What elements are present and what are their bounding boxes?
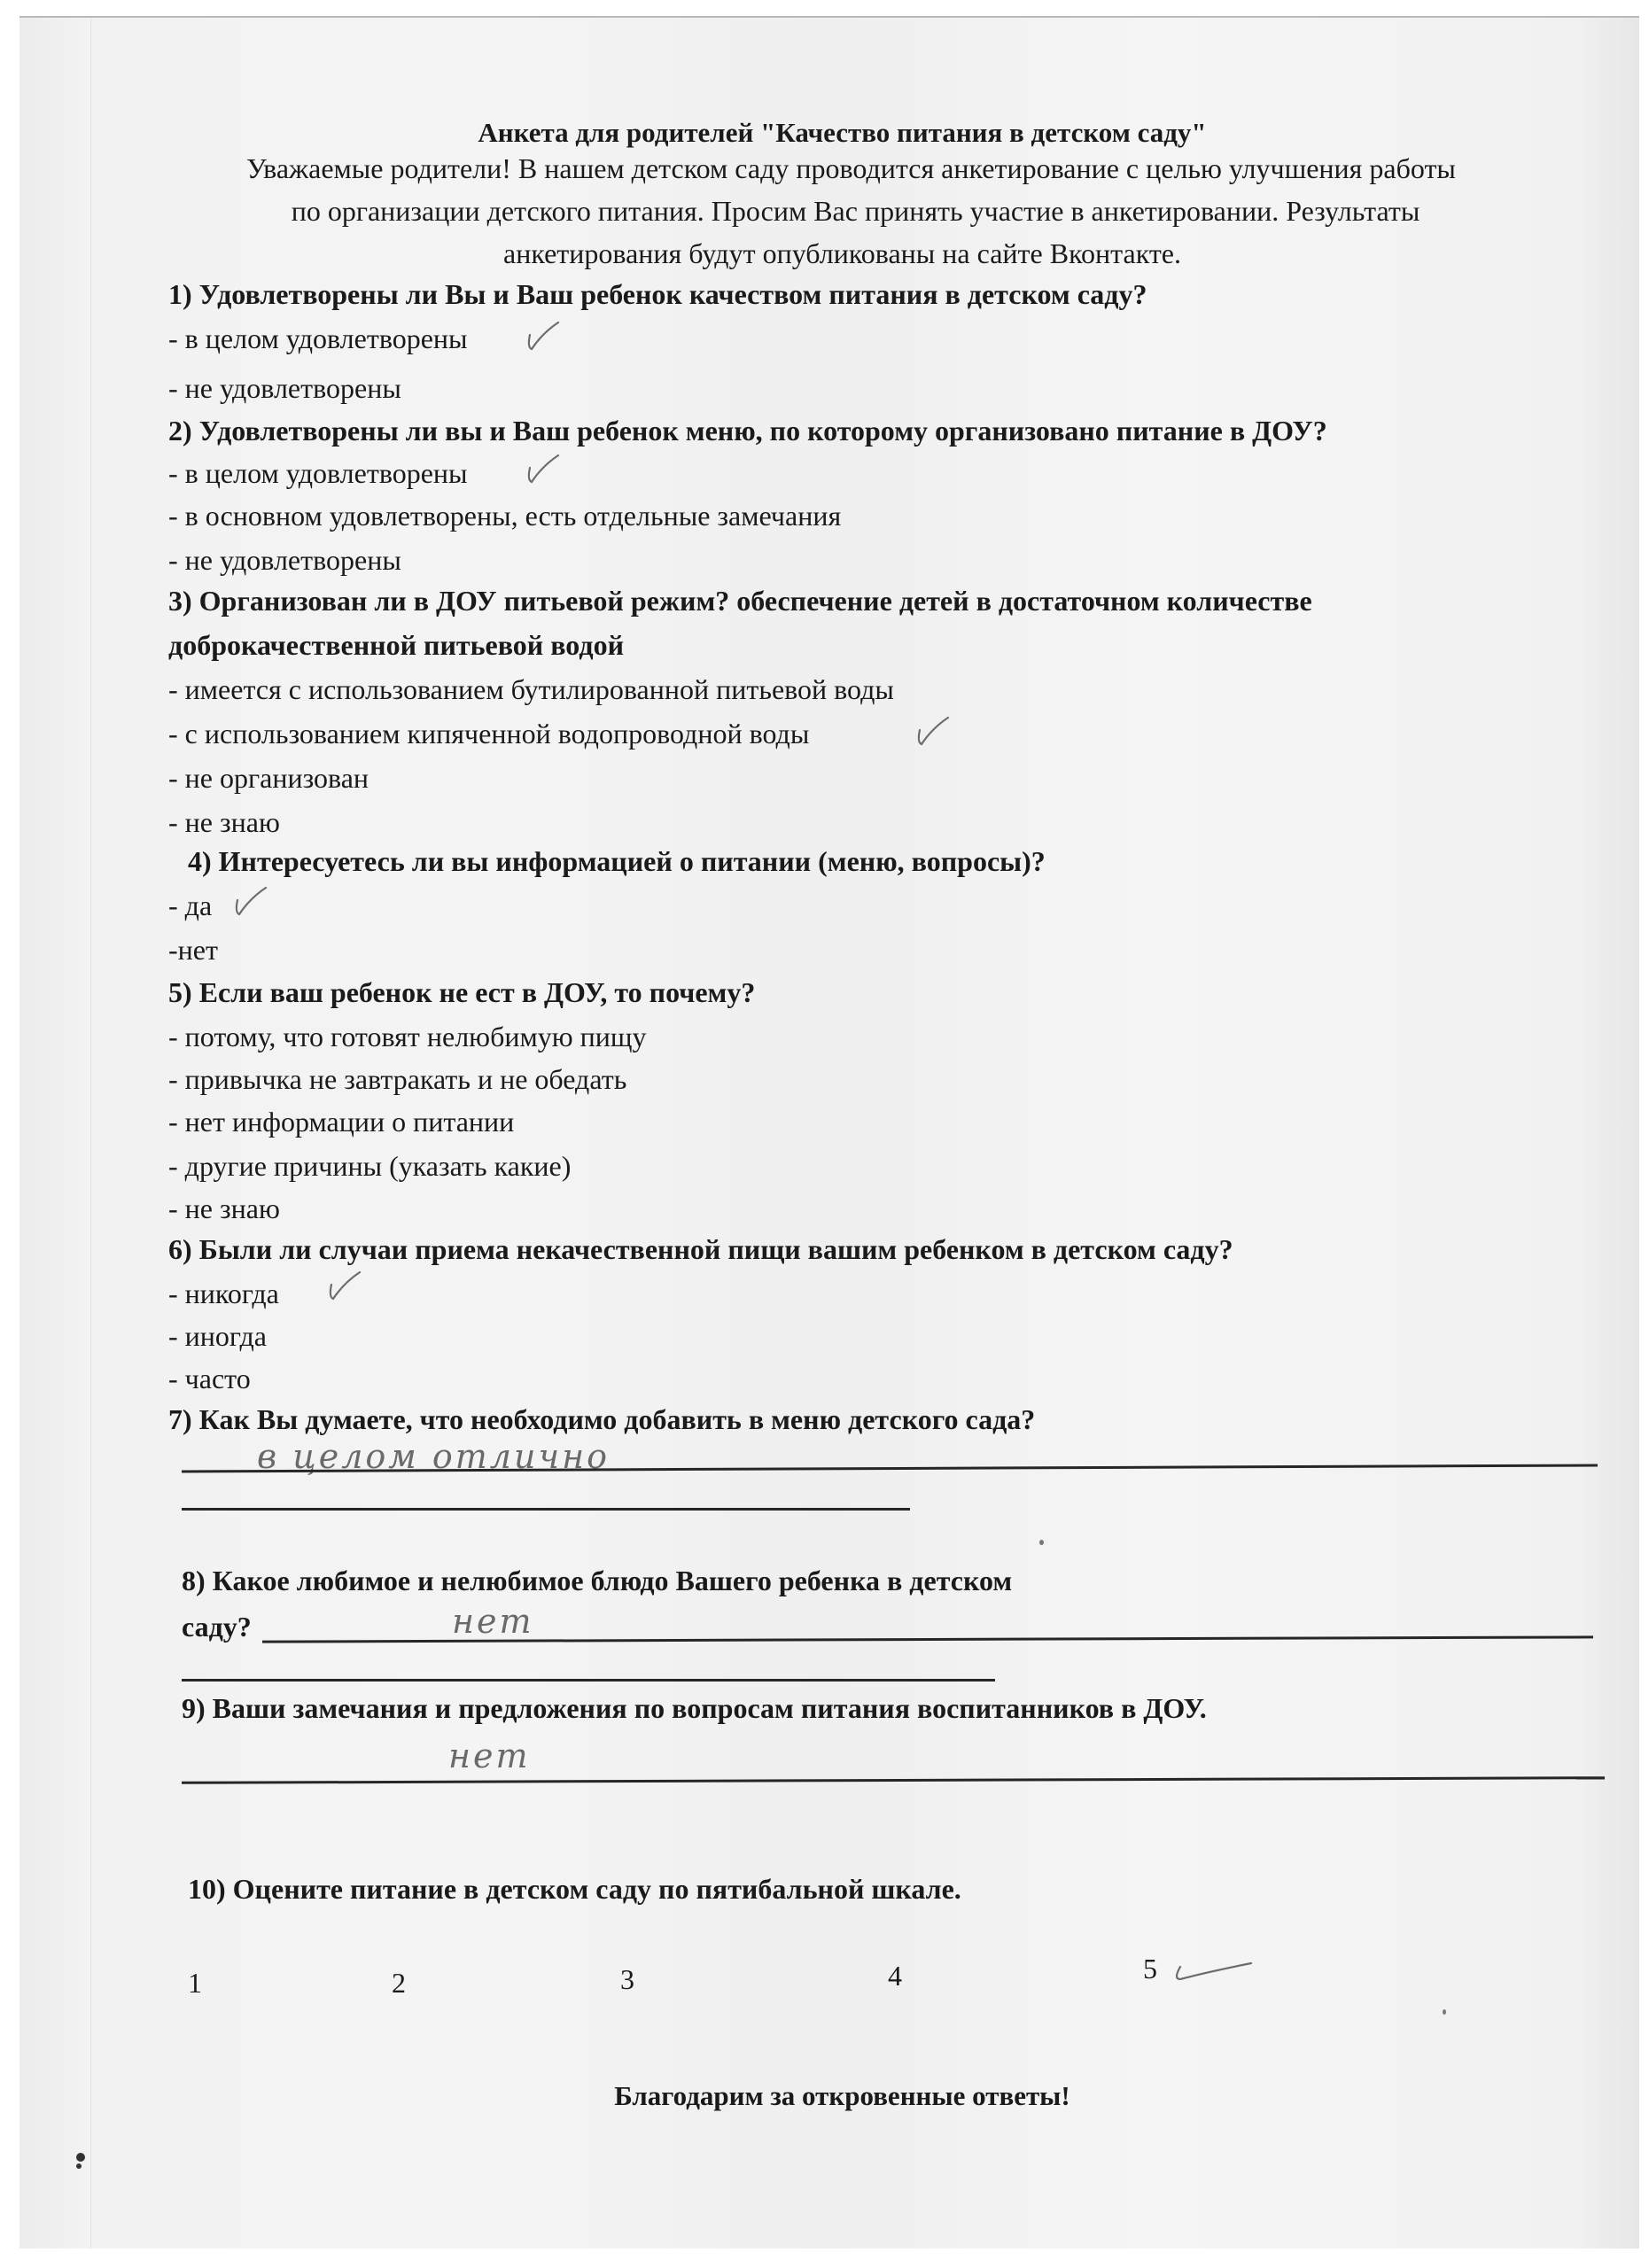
q8-answer-line-2	[182, 1679, 995, 1682]
intro-line-1: Уважаемые родители! В нашем детском саду…	[0, 151, 1649, 186]
scan-speck	[1039, 1540, 1044, 1545]
question-1-text: 1) Удовлетворены ли Вы и Ваш ребенок кач…	[168, 276, 1147, 312]
checkmark-icon	[1171, 1956, 1253, 1983]
q6-option-3[interactable]: - часто	[168, 1361, 251, 1396]
q5-option-1[interactable]: - потому, что готовят нелюбимую пищу	[168, 1019, 647, 1054]
q5-option-5[interactable]: - не знаю	[168, 1191, 280, 1226]
checkmark-icon	[232, 886, 268, 918]
question-5-text: 5) Если ваш ребенок не ест в ДОУ, то поч…	[168, 975, 755, 1010]
q3-option-3[interactable]: - не организован	[168, 760, 369, 796]
q9-handwritten-answer[interactable]: нет	[448, 1736, 531, 1775]
intro-line-2: по организации детского питания. Просим …	[0, 193, 1649, 229]
q7-answer-line-2	[182, 1508, 910, 1511]
question-4-text: 4) Интересуетесь ли вы информацией о пит…	[188, 843, 1046, 879]
page-margin-shadow	[19, 18, 91, 2249]
scan-speck	[1443, 2009, 1446, 2015]
q4-option-1[interactable]: - да	[168, 888, 212, 923]
question-2-text: 2) Удовлетворены ли вы и Ваш ребенок мен…	[168, 413, 1327, 448]
question-9-text: 9) Ваши замечания и предложения по вопро…	[182, 1690, 1207, 1726]
question-3-text-line-2: доброкачественной питьевой водой	[168, 627, 624, 663]
rating-option-2[interactable]: 2	[392, 1967, 406, 2000]
question-10-text: 10) Оцените питание в детском саду по пя…	[188, 1871, 961, 1907]
question-8-text-line-2: саду?	[182, 1609, 252, 1644]
q5-option-2[interactable]: - привычка не завтракать и не обедать	[168, 1061, 626, 1097]
rating-option-1[interactable]: 1	[188, 1967, 202, 2000]
q3-option-2[interactable]: - с использованием кипяченной водопровод…	[168, 716, 809, 751]
document-title: Анкета для родителей "Качество питания в…	[0, 115, 1649, 151]
q2-option-1[interactable]: - в целом удовлетворены	[168, 455, 468, 491]
rating-option-3[interactable]: 3	[620, 1963, 634, 1996]
q4-option-2[interactable]: -нет	[168, 932, 218, 967]
q2-option-2[interactable]: - в основном удовлетворены, есть отдельн…	[168, 498, 841, 533]
rating-option-4[interactable]: 4	[888, 1960, 902, 1992]
checkmark-icon	[525, 321, 560, 353]
checkmark-icon	[326, 1270, 362, 1302]
question-8-text-line-1: 8) Какое любимое и нелюбимое блюдо Вашег…	[182, 1563, 1012, 1598]
scan-speck	[76, 2153, 85, 2162]
checkmark-icon	[525, 454, 560, 485]
rating-option-5[interactable]: 5	[1143, 1953, 1157, 1985]
q1-option-1[interactable]: - в целом удовлетворены	[168, 321, 468, 356]
closing-text: Благодарим за откровенные ответы!	[0, 2078, 1649, 2114]
q5-option-3[interactable]: - нет информации о питании	[168, 1104, 514, 1139]
question-6-text: 6) Были ли случаи приема некачественной …	[168, 1231, 1233, 1267]
question-3-text-line-1: 3) Организован ли в ДОУ питьевой режим? …	[168, 583, 1312, 618]
q6-option-1[interactable]: - никогда	[168, 1276, 279, 1311]
q8-handwritten-answer[interactable]: нет	[452, 1602, 534, 1641]
q6-option-2[interactable]: - иногда	[168, 1318, 267, 1354]
scan-speck	[76, 2163, 82, 2169]
q5-option-4[interactable]: - другие причины (указать какие)	[168, 1148, 571, 1184]
q3-option-1[interactable]: - имеется с использованием бутилированно…	[168, 672, 894, 707]
checkmark-icon	[914, 716, 950, 748]
q1-option-2[interactable]: - не удовлетворены	[168, 370, 401, 406]
q2-option-3[interactable]: - не удовлетворены	[168, 542, 401, 578]
q3-option-4[interactable]: - не знаю	[168, 804, 280, 840]
question-7-text: 7) Как Вы думаете, что необходимо добави…	[168, 1402, 1035, 1437]
intro-line-3: анкетирования будут опубликованы на сайт…	[0, 236, 1649, 271]
